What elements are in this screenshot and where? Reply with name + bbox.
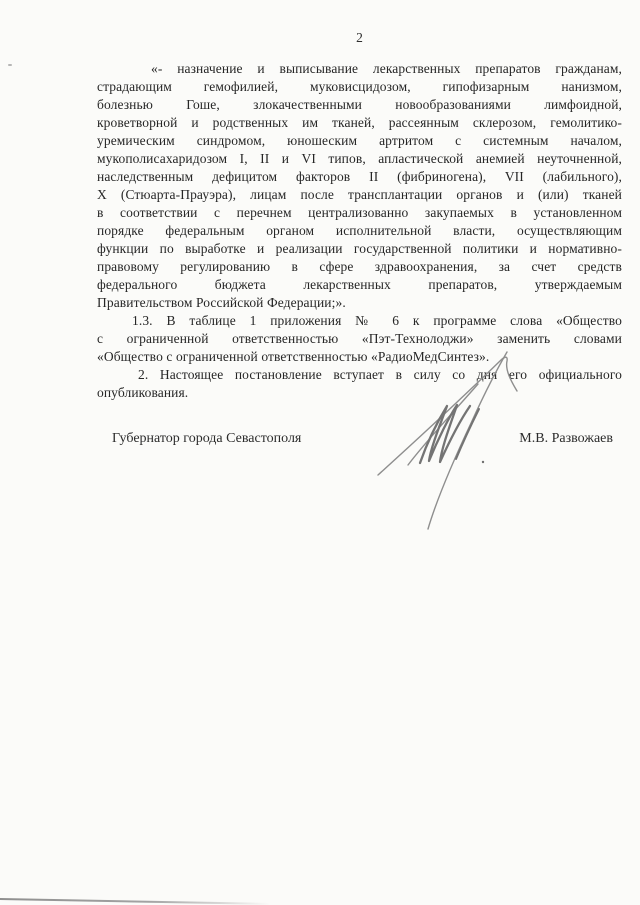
text-line: порядке федеральным органом исполнительн… bbox=[97, 222, 622, 240]
signature-row: Губернатор города Севастополя М.В. Разво… bbox=[112, 431, 613, 447]
text-line: федерального бюджета лекарственных препа… bbox=[97, 276, 622, 294]
text-line: мукополисахаридозом I, II и VI типов, ап… bbox=[97, 150, 622, 168]
text-line: правовому регулированию в сфере здравоох… bbox=[97, 258, 622, 276]
text-line: болезнью Гоше, злокачественными новообра… bbox=[97, 96, 622, 114]
text-line: наследственным дефицитом факторов II (фи… bbox=[97, 168, 622, 186]
text-line: кроветворной и родственных им тканей, ра… bbox=[97, 114, 622, 132]
text-line: X (Стюарта-Прауэра), лицам после транспл… bbox=[97, 186, 622, 204]
text-line: 2. Настоящее постановление вступает в си… bbox=[97, 366, 622, 384]
text-line: функции по выработке и реализации госуда… bbox=[97, 240, 622, 258]
ink-dot bbox=[482, 461, 484, 463]
text-line: уремическим синдромом, юношеским артрито… bbox=[97, 132, 622, 150]
signatory-name: М.В. Развожаев bbox=[519, 431, 613, 447]
scan-speck bbox=[8, 64, 12, 66]
text-line: опубликования. bbox=[97, 384, 622, 402]
text-line: «Общество с ограниченной ответственность… bbox=[97, 348, 622, 366]
document-page: 2 «- назначение и выписывание лекарствен… bbox=[0, 0, 640, 905]
scan-edge-artifact bbox=[0, 898, 270, 905]
text-line: с ограниченной ответственностью «Пэт-Тех… bbox=[97, 330, 622, 348]
text-line: страдающим гемофилией, муковисцидозом, г… bbox=[97, 78, 622, 96]
text-line: 1.3. В таблице 1 приложения № 6 к програ… bbox=[97, 312, 622, 330]
signatory-title: Губернатор города Севастополя bbox=[112, 431, 301, 447]
text-line: Правительством Российской Федерации;». bbox=[97, 294, 622, 312]
text-line: «- назначение и выписывание лекарственны… bbox=[97, 60, 622, 78]
document-body: «- назначение и выписывание лекарственны… bbox=[97, 60, 622, 402]
text-line: в соответствии с перечнем централизованн… bbox=[97, 204, 622, 222]
page-number: 2 bbox=[97, 30, 622, 46]
